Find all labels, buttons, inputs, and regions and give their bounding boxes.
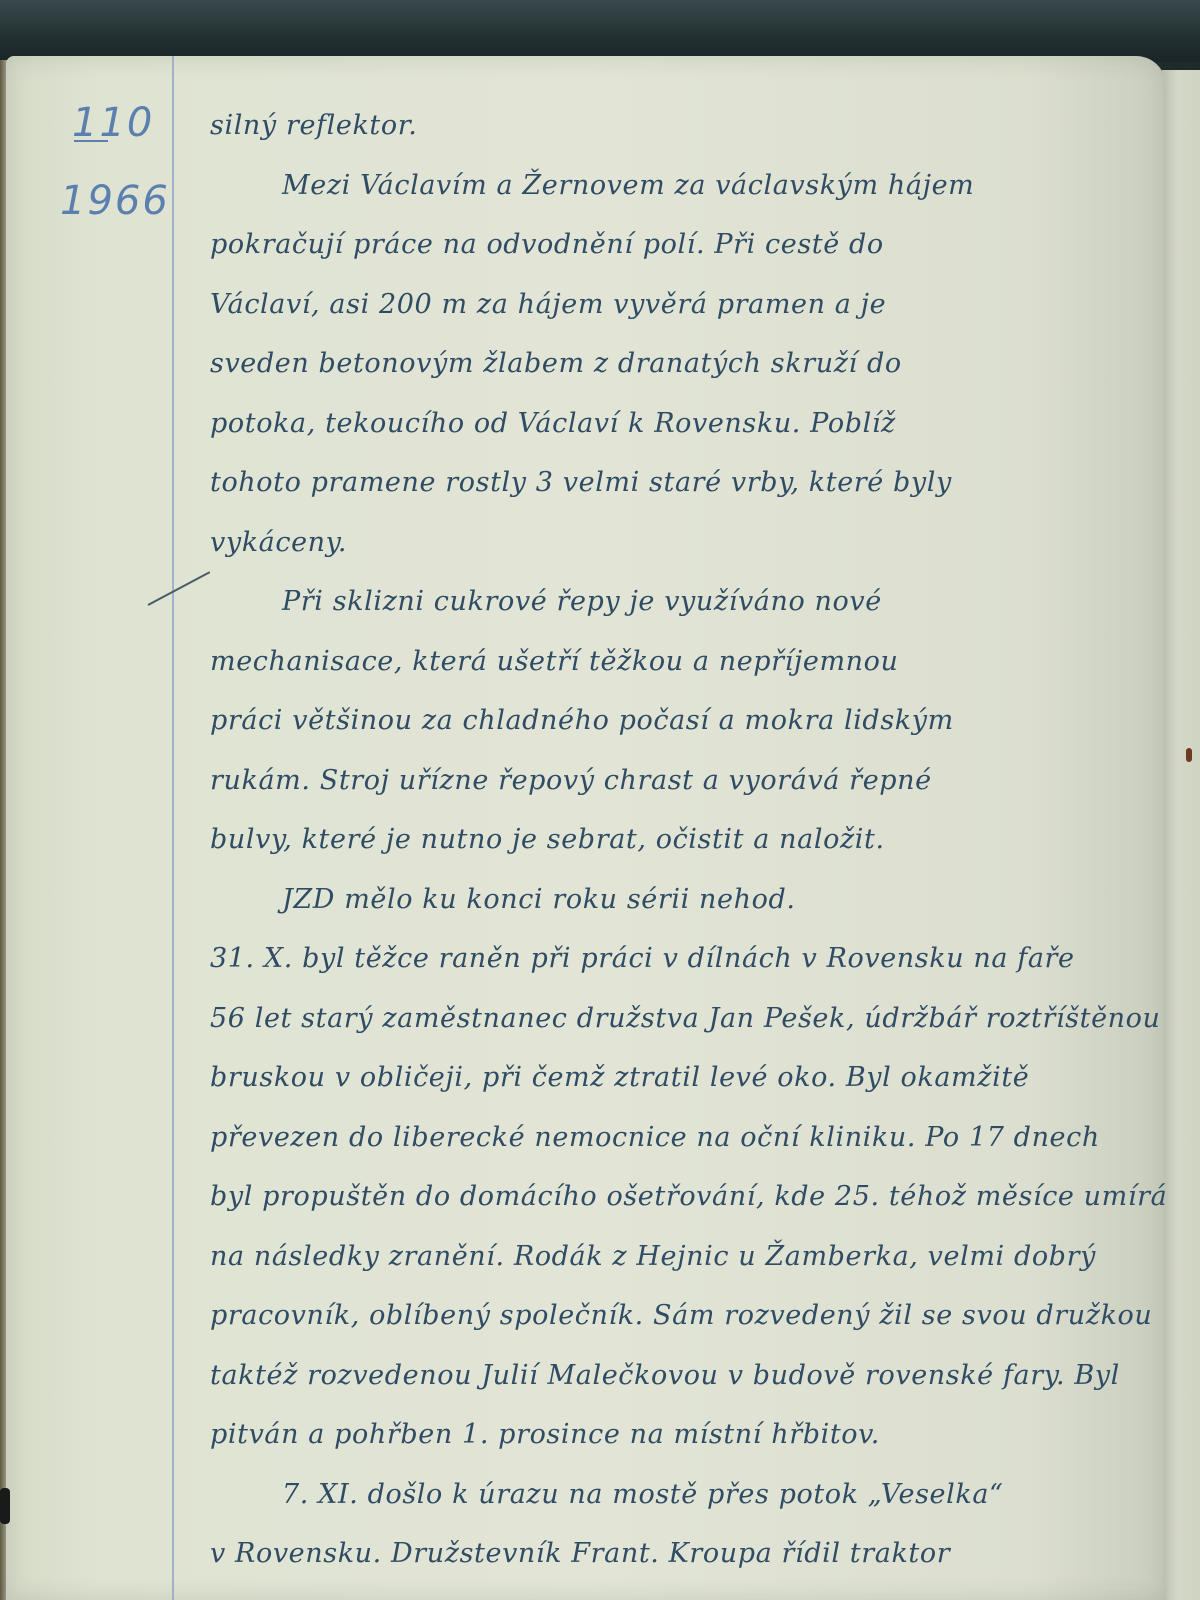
text-line: potoka, tekoucího od Václaví k Rovensku.… — [210, 394, 1110, 454]
text-line: bulvy, které je nutno je sebrat, očistit… — [210, 810, 1110, 870]
text-line: sveden betonovým žlabem z dranatých skru… — [210, 334, 1110, 394]
text-line: silný reflektor. — [210, 96, 1110, 156]
text-line: na následky zranění. Rodák z Hejnic u Ža… — [210, 1227, 1110, 1287]
text-line: práci většinou za chladného počasí a mok… — [210, 691, 1110, 751]
ink-blot — [0, 1488, 10, 1524]
text-line: bruskou v obličeji, při čemž ztratil lev… — [210, 1048, 1110, 1108]
margin-year: 1966 — [60, 178, 170, 224]
text-line: Při sklizni cukrové řepy je využíváno no… — [210, 572, 1110, 632]
text-line: tohoto pramene rostly 3 velmi staré vrby… — [210, 453, 1110, 513]
margin-divider — [74, 140, 108, 142]
margin-rule — [172, 56, 174, 1600]
text-line: pitván a pohřben 1. prosince na místní h… — [210, 1405, 1110, 1465]
text-line: mechanisace, která ušetří těžkou a nepří… — [210, 632, 1110, 692]
handwritten-text: silný reflektor.Mezi Václavím a Žernovem… — [210, 96, 1110, 1584]
text-line: rukám. Stroj uřízne řepový chrast a vyor… — [210, 751, 1110, 811]
text-line: v Rovensku. Družstevník Frant. Kroupa ří… — [210, 1524, 1110, 1584]
next-page-edge — [1162, 70, 1200, 1600]
book-backdrop — [0, 0, 1200, 62]
text-line: 7. XI. došlo k úrazu na mostě přes potok… — [210, 1465, 1110, 1525]
text-line: 56 let starý zaměstnanec družstva Jan Pe… — [210, 989, 1110, 1049]
text-line: pokračují práce na odvodnění polí. Při c… — [210, 215, 1110, 275]
text-line: JZD mělo ku konci roku sérii nehod. — [210, 870, 1110, 930]
paper-stain — [1186, 748, 1192, 762]
text-line: taktéž rozvedenou Julií Malečkovou v bud… — [210, 1346, 1110, 1406]
text-line: Václaví, asi 200 m za hájem vyvěrá prame… — [210, 275, 1110, 335]
text-line: byl propuštěn do domácího ošetřování, kd… — [210, 1167, 1110, 1227]
text-line: 31. X. byl těžce raněn při práci v dílná… — [210, 929, 1110, 989]
text-line: vykáceny. — [210, 513, 1110, 573]
text-line: převezen do liberecké nemocnice na oční … — [210, 1108, 1110, 1168]
text-line: Mezi Václavím a Žernovem za václavským h… — [210, 156, 1110, 216]
text-line: pracovník, oblíbený společník. Sám rozve… — [210, 1286, 1110, 1346]
